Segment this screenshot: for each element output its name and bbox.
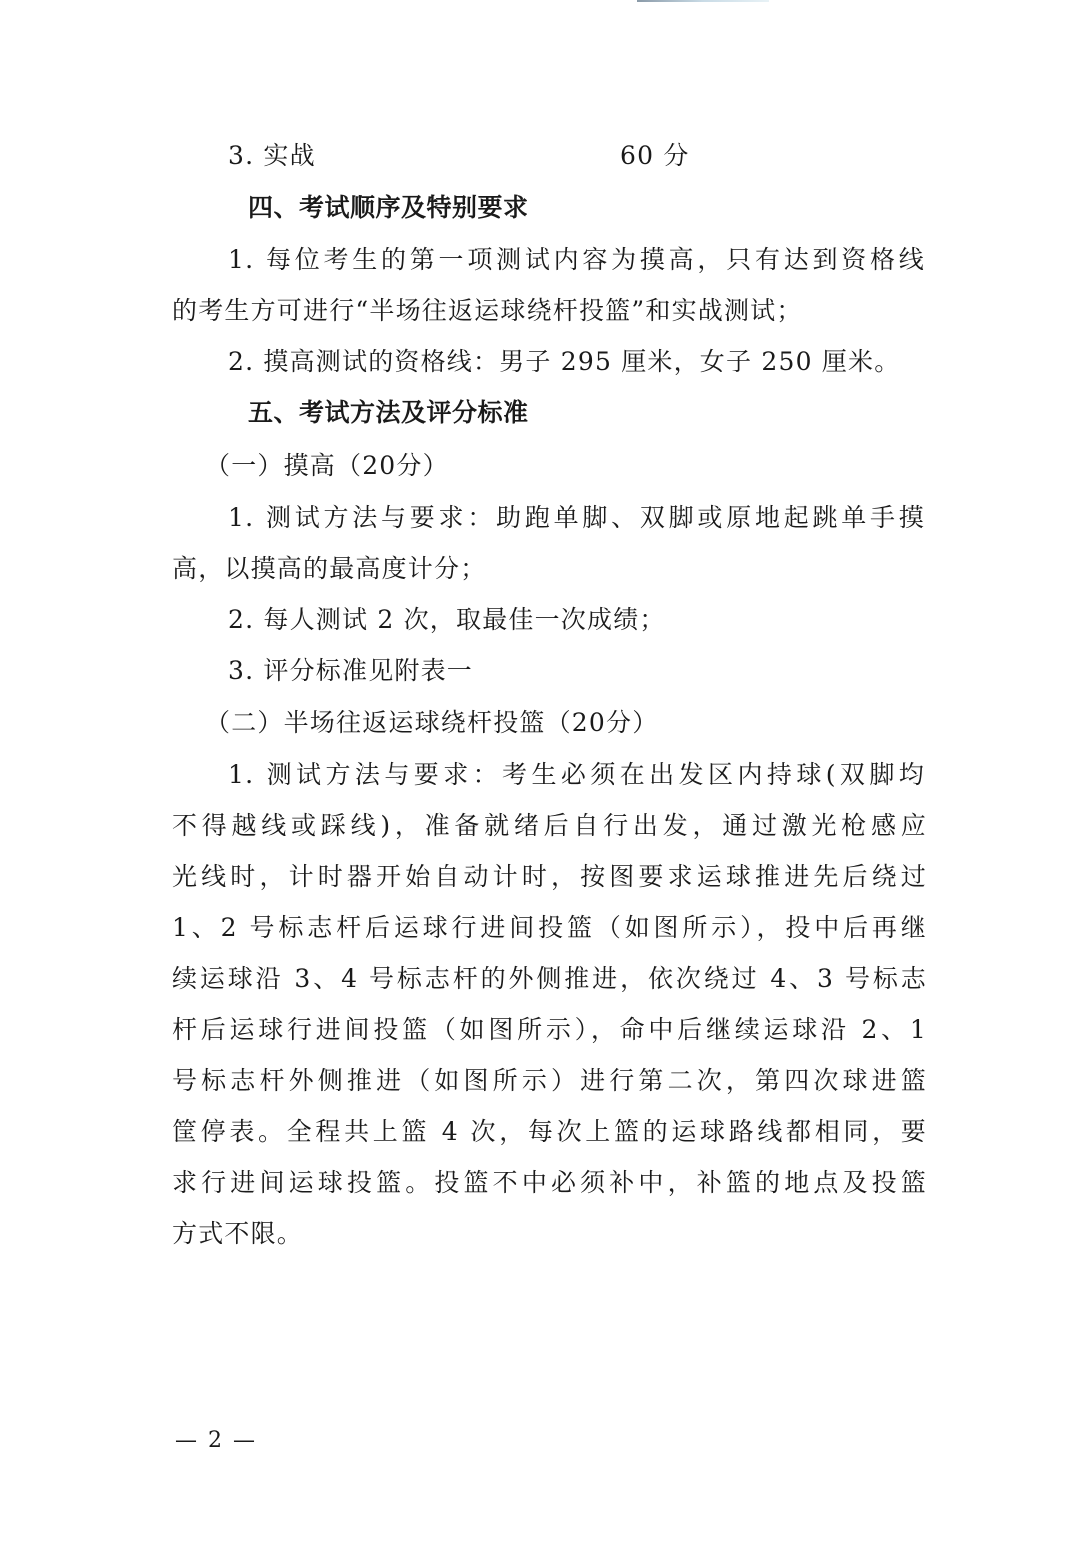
- subsection-2-line-6: 杆后运球行进间投篮（如图所示），命中后继续运球沿 2、1: [172, 1014, 927, 1046]
- subsection-2-line-4: 1、2 号标志杆后运球行进间投篮（如图所示），投中后再继: [172, 912, 927, 944]
- section-4-line-3: 2. 摸高测试的资格线：男子 295 厘米，女子 250 厘米。: [228, 346, 900, 378]
- subsection-1-line-2: 高，以摸高的最高度计分；: [172, 553, 486, 585]
- page-number: — 2 —: [175, 1427, 257, 1455]
- subsection-1-line-3: 2. 每人测试 2 次，取最佳一次成绩；: [228, 604, 666, 636]
- item-3-label: 3. 实战: [228, 141, 316, 170]
- subsection-2-line-10: 方式不限。: [172, 1218, 303, 1250]
- scan-edge-artifact: [637, 0, 769, 2]
- section-5-heading: 五、考试方法及评分标准: [248, 397, 529, 429]
- subsection-2-line-9: 求行进间运球投篮。投篮不中必须补中，补篮的地点及投篮: [172, 1167, 927, 1199]
- item-3-row: 3. 实战: [228, 140, 316, 172]
- subsection-2-line-5: 续运球沿 3、4 号标志杆的外侧推进，依次绕过 4、3 号标志: [172, 963, 927, 995]
- subsection-1-line-4: 3. 评分标准见附表一: [228, 655, 473, 687]
- subsection-2-line-8: 筐停表。全程共上篮 4 次，每次上篮的运球路线都相同，要: [172, 1116, 927, 1148]
- item-3-score: 60 分: [620, 140, 690, 172]
- subsection-2-line-7: 号标志杆外侧推进（如图所示）进行第二次，第四次球进篮: [172, 1065, 927, 1097]
- subsection-2-title: （二）半场往返运球绕杆投篮（20分）: [205, 707, 658, 739]
- subsection-1-line-1: 1. 测试方法与要求：助跑单脚、双脚或原地起跳单手摸: [228, 502, 925, 534]
- subsection-2-line-2: 不得越线或踩线)，准备就绪后自行出发，通过激光枪感应: [172, 810, 927, 842]
- subsection-2-line-1: 1. 测试方法与要求：考生必须在出发区内持球(双脚均: [228, 759, 925, 791]
- subsection-1-title: （一）摸高（20分）: [205, 450, 449, 482]
- section-4-line-2: 的考生方可进行“半场往返运球绕杆投篮”和实战测试；: [172, 295, 803, 327]
- section-4-line-1: 1. 每位考生的第一项测试内容为摸高，只有达到资格线: [228, 244, 925, 276]
- subsection-2-line-3: 光线时，计时器开始自动计时，按图要求运球推进先后绕过: [172, 861, 927, 893]
- section-4-heading: 四、考试顺序及特别要求: [248, 192, 529, 224]
